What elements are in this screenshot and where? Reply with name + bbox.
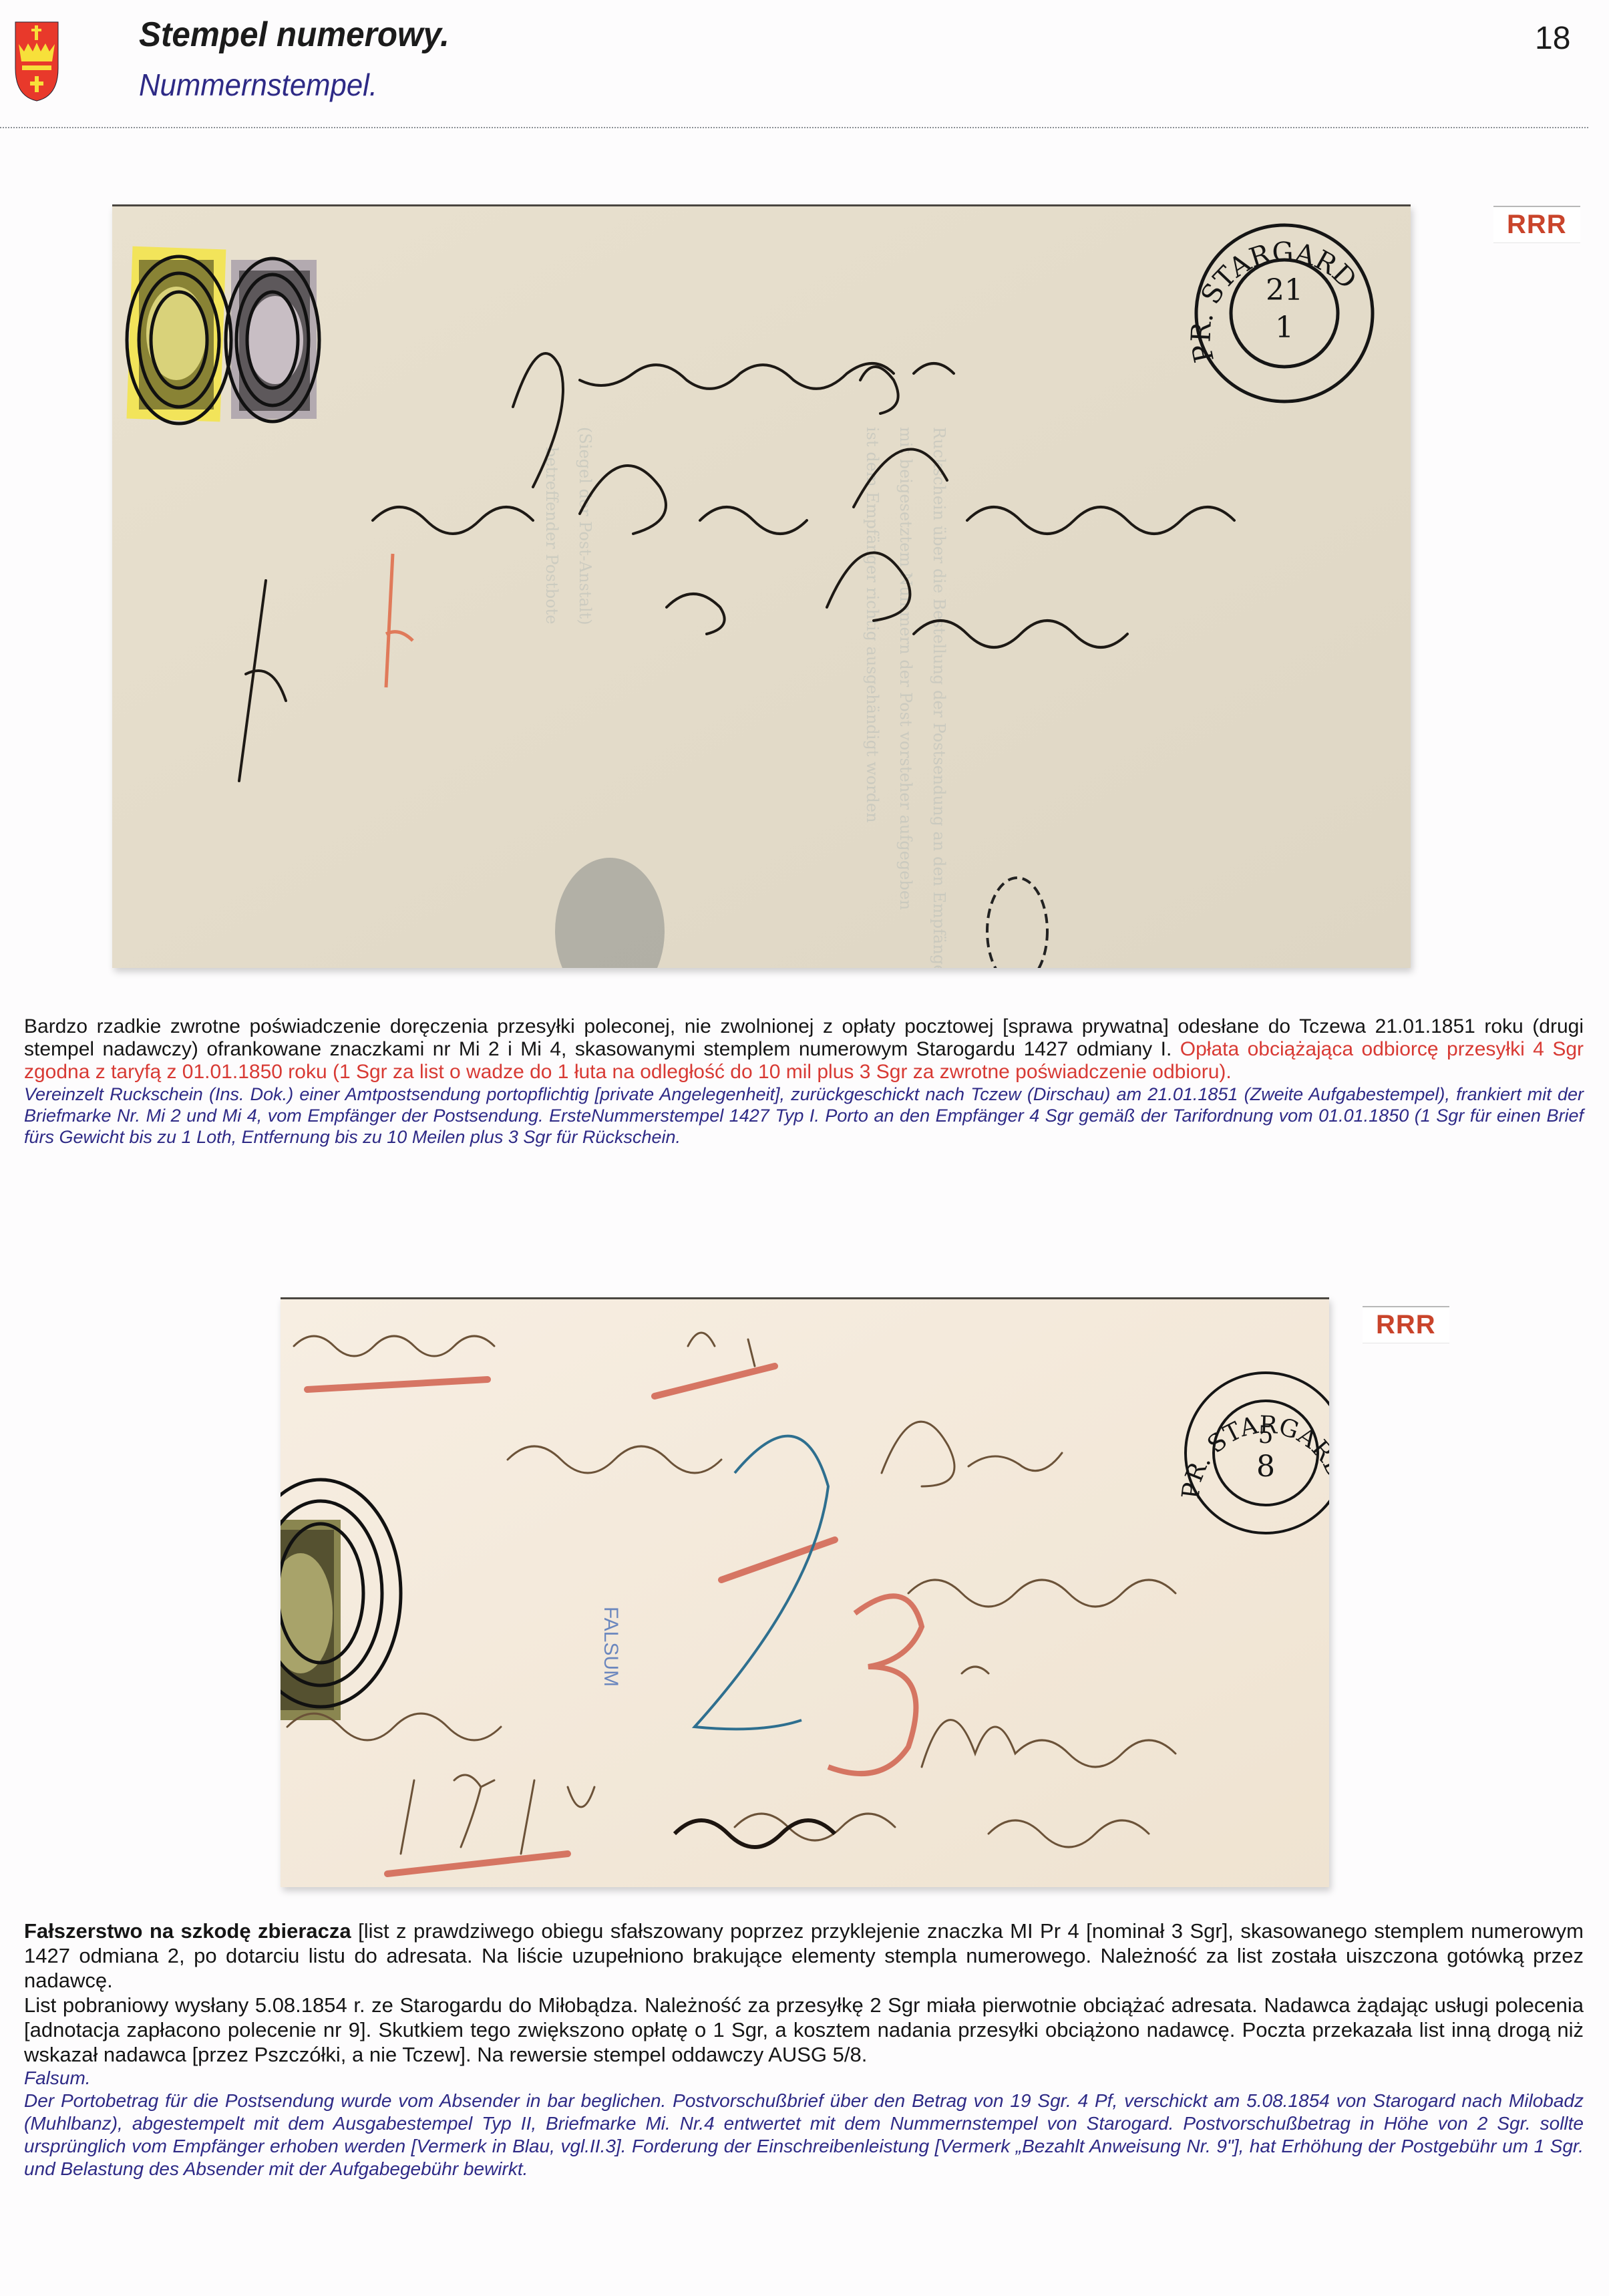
header-divider: [0, 127, 1588, 128]
postmark-day: 21: [1266, 273, 1303, 307]
page-title: Stempel numerowy.: [139, 15, 450, 55]
cover-1-image: Ruckschein über die Bestellung der Posts…: [112, 204, 1411, 968]
falsum-stamp: FALSUM: [600, 1607, 622, 1687]
page-subtitle: Nummernstempel.: [139, 67, 377, 103]
rarity-badge: RRR: [1493, 206, 1580, 243]
svg-text:Ruckschein über die Bestellung: Ruckschein über die Bestellung der Posts…: [930, 427, 948, 968]
cover-2-caption: Fałszerstwo na szkodę zbieracza [list z …: [24, 1919, 1584, 2180]
svg-text:mit beigesetztem Nummern der P: mit beigesetztem Nummern der Post vorste…: [896, 427, 915, 910]
svg-text:(Siegel der Post-Anstalt): (Siegel der Post-Anstalt): [576, 427, 594, 625]
page-number: 18: [1535, 20, 1570, 57]
postmark-month: 8: [1256, 1450, 1275, 1484]
coat-of-arms-icon: [15, 21, 59, 102]
rarity-badge: RRR: [1363, 1306, 1449, 1343]
caption-2-german-title: Falsum.: [24, 2067, 1584, 2090]
caption-2-polish-2: List pobraniowy wysłany 5.08.1854 r. ze …: [24, 1993, 1584, 2067]
caption-2-german: Der Portobetrag für die Postsendung wurd…: [24, 2090, 1584, 2180]
svg-text:betreffender Postbote: betreffender Postbote: [542, 447, 561, 625]
cover-2-image: 5 8 PR. STARGARD FALSUM: [281, 1297, 1329, 1887]
postmark-month: 1: [1275, 311, 1294, 345]
caption-1-german: Vereinzelt Ruckschein (Ins. Dok.) einer …: [24, 1084, 1584, 1148]
cover-1-caption: Bardzo rzadkie zwrotne poświadczenie dor…: [24, 1015, 1584, 1148]
caption-2-heading: Fałszerstwo na szkodę zbieracza: [24, 1919, 351, 1943]
